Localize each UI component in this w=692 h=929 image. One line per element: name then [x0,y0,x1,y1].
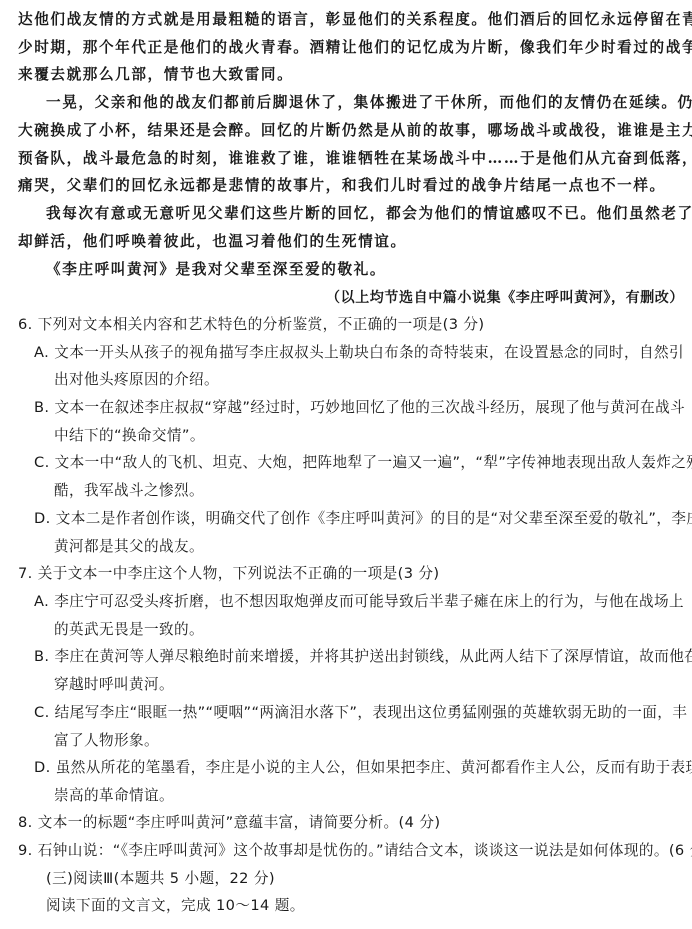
q6-option-b-cont: 中结下的“换命交情”。 [54,426,205,446]
story-line: 《李庄呼叫黄河》是我对父辈至深至爱的敬礼。 [46,260,386,280]
story-line: 一晃，父亲和他的战友们都前后脚退休了，集体搬进了干休所，而他们的友情仍在延续。仍… [46,93,692,113]
question-9: 9. 石钟山说：“《李庄呼叫黄河》这个故事却是忧伤的。”请结合文本，谈谈这一说法… [18,841,692,861]
q7-option-d: D. 虽然从所花的笔墨看，李庄是小说的主人公，但如果把李庄、黄河都看作主人公，反… [34,758,692,778]
q7-option-a-cont: 的英武无畏是一致的。 [54,620,204,640]
story-line: 少时期，那个年代正是他们的战火青春。酒精让他们的记忆成为片断，像我们年少时看过的… [18,38,692,58]
story-line: 预备队，战斗最危急的时刻，谁谁救了谁，谁谁牺牲在某场战斗中……于是他们从亢奋到低… [18,149,692,169]
story-line: 达他们战友情的方式就是用最粗糙的语言，彰显他们的关系程度。他们酒后的回忆永远停留… [18,10,692,30]
q7-option-b: B. 李庄在黄河等人弹尽粮绝时前来增援，并将其护送出封锁线，从此两人结下了深厚情… [34,647,692,667]
q6-option-a: A. 文本一开头从孩子的视角描写李庄叔叔头上勒块白布条的奇特装束，在设置悬念的同… [34,343,684,363]
story-line: 我每次有意或无意听见父辈们这些片断的回忆，都会为他们的情谊感叹不已。他们虽然老了… [46,204,692,224]
question-6-stem: 6. 下列对文本相关内容和艺术特色的分析鉴赏，不正确的一项是(3 分) [18,315,485,335]
story-line: 大碗换成了小杯，结果还是会醉。回忆的片断仍然是从前的故事，哪场战斗或战役，谁谁是… [18,121,692,141]
q6-option-d-cont: 黄河都是其父的战友。 [54,537,204,557]
q7-option-c-cont: 富了人物形象。 [54,731,159,751]
question-7-stem: 7. 关于文本一中李庄这个人物，下列说法不正确的一项是(3 分) [18,564,440,584]
story-line: 来覆去就那么几部，情节也大致雷同。 [18,65,293,85]
q7-option-b-cont: 穿越时呼叫黄河。 [54,675,174,695]
q6-option-a-cont: 出对他头疼原因的介绍。 [54,370,219,390]
source-note: （以上均节选自中篇小说集《李庄呼叫黄河》，有删改） [326,288,684,308]
q6-option-c: C. 文本一中“敌人的飞机、坦克、大炮，把阵地犁了一遍又一遍”，“犁”字传神地表… [34,453,692,473]
q6-option-c-cont: 酷，我军战斗之惨烈。 [54,481,204,501]
q7-option-d-cont: 崇高的革命情谊。 [54,786,174,806]
story-line: 却鲜活，他们呼唤着彼此，也温习着他们的生死情谊。 [18,232,407,252]
q7-option-a: A. 李庄宁可忍受头疼折磨，也不想因取炮弹皮而可能导致后半辈子瘫在床上的行为，与… [34,592,684,612]
q6-option-d: D. 文本二是作者创作谈，明确交代了创作《李庄呼叫黄河》的目的是“对父辈至深至爱… [34,509,692,529]
q6-option-b: B. 文本一在叙述李庄叔叔“穿越”经过时，巧妙地回忆了他的三次战斗经历，展现了他… [34,398,685,418]
question-8: 8. 文本一的标题“李庄呼叫黄河”意蕴丰富，请简要分析。(4 分) [18,813,440,833]
q7-option-c: C. 结尾写李庄“眼眶一热”“哽咽”“两滴泪水落下”，表现出这位勇猛刚强的英雄软… [34,703,687,723]
section-3-header: (三)阅读Ⅲ(本题共 5 小题，22 分) [46,869,275,889]
story-line: 痛哭，父辈们的回忆永远都是悲情的故事片，和我们儿时看过的战争片结尾一点也不一样。 [18,176,666,196]
section-3-instruction: 阅读下面的文言文，完成 10～14 题。 [46,896,305,916]
